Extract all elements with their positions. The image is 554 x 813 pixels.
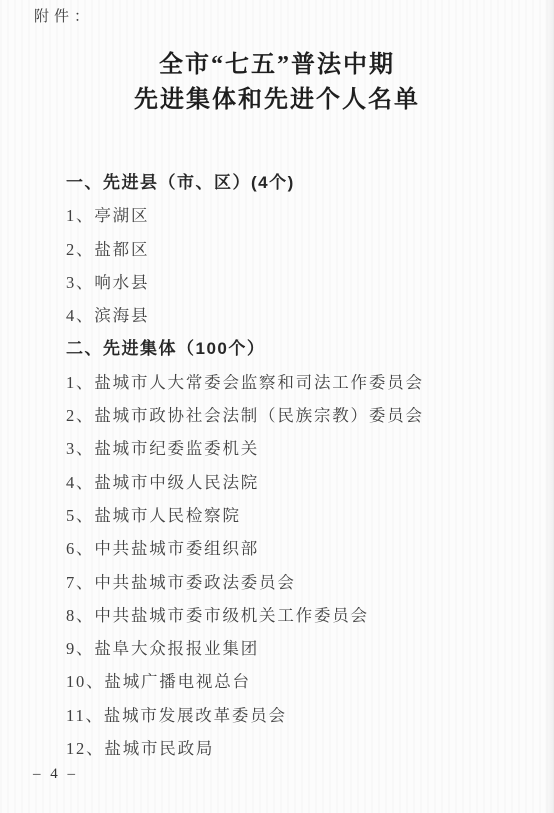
list-item: 4、盐城市中级人民法院 — [66, 466, 538, 499]
list-item: 2、盐城市政协社会法制（民族宗教）委员会 — [66, 399, 538, 432]
document-body: 一、先进县（市、区）(4个) 1、亭湖区 2、盐都区 3、响水县 4、滨海县 二… — [66, 166, 538, 765]
title-line-2: 先进集体和先进个人名单 — [0, 83, 554, 118]
list-item: 8、中共盐城市委市级机关工作委员会 — [66, 599, 538, 632]
document-title: 全市“七五”普法中期 先进集体和先进个人名单 — [0, 48, 554, 118]
list-item: 3、响水县 — [66, 266, 538, 299]
list-item: 4、滨海县 — [66, 299, 538, 332]
document-page: 附件： 全市“七五”普法中期 先进集体和先进个人名单 一、先进县（市、区）(4个… — [0, 0, 554, 813]
list-item: 1、盐城市人大常委会监察和司法工作委员会 — [66, 366, 538, 399]
list-item: 9、盐阜大众报报业集团 — [66, 632, 538, 665]
list-item: 7、中共盐城市委政法委员会 — [66, 566, 538, 599]
list-item: 2、盐都区 — [66, 233, 538, 266]
title-line-1: 全市“七五”普法中期 — [0, 48, 554, 83]
list-item: 11、盐城市发展改革委员会 — [66, 699, 538, 732]
list-item: 3、盐城市纪委监委机关 — [66, 432, 538, 465]
attachment-label: 附件： — [34, 5, 94, 26]
section-heading-advanced-collectives: 二、先进集体（100个） — [66, 332, 538, 365]
list-item: 10、盐城广播电视总台 — [66, 665, 538, 698]
list-item: 12、盐城市民政局 — [66, 732, 538, 765]
section-heading-advanced-counties: 一、先进县（市、区）(4个) — [66, 166, 538, 199]
list-item: 5、盐城市人民检察院 — [66, 499, 538, 532]
list-item: 6、中共盐城市委组织部 — [66, 532, 538, 565]
list-item: 1、亭湖区 — [66, 199, 538, 232]
page-number: – 4 – — [33, 766, 78, 783]
